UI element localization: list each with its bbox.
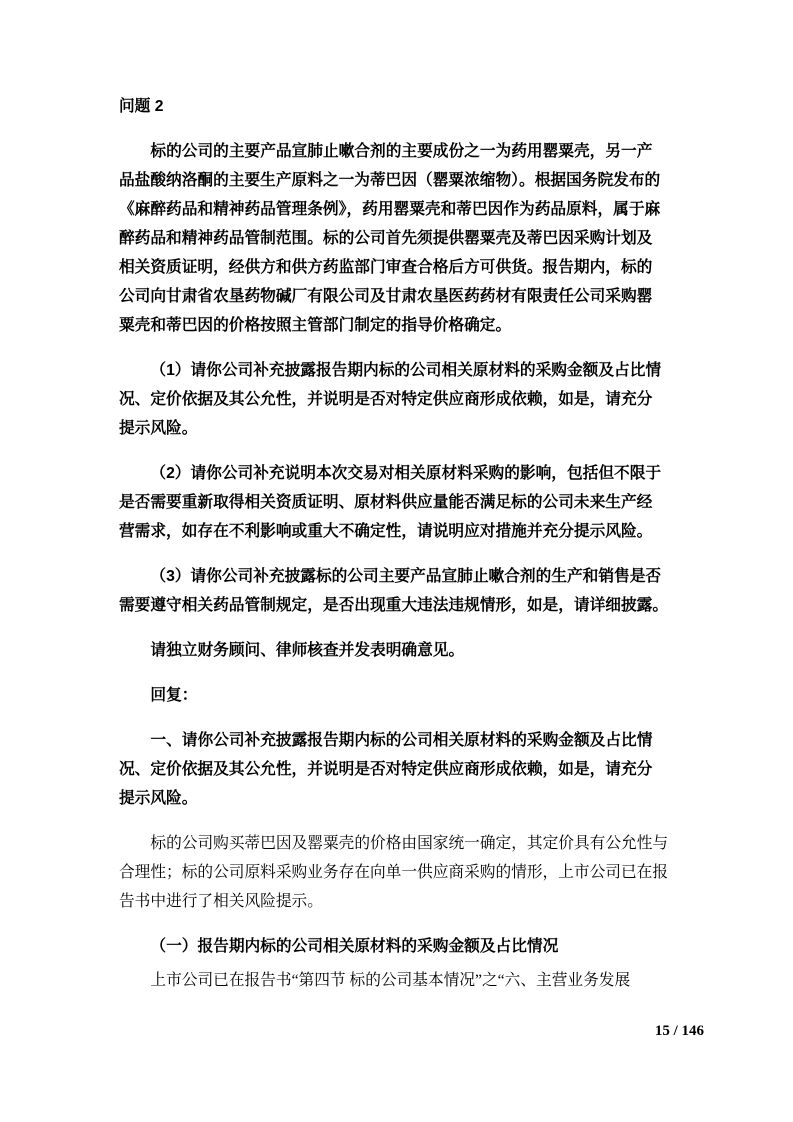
section-body-first-line: 上市公司已在报告书“第四节 标的公司基本情况”之“六、主营业务发展 (119, 966, 675, 995)
question-intro-paragraph: 标的公司的主要产品宣肺止嗽合剂的主要成份之一为药用罂粟壳，另一产 品盐酸纳洛酮的… (119, 137, 675, 340)
question-item-1: （1）请你公司补充披露报告期内标的公司相关原材料的采购金额及占比情 况、定价依据… (119, 356, 675, 443)
verification-request: 请独立财务顾问、律师核查并发表明确意见。 (119, 636, 675, 665)
document-page: 问题 2 标的公司的主要产品宣肺止嗽合剂的主要成份之一为药用罂粟壳，另一产 品盐… (0, 0, 793, 1122)
reply-restated-question: 一、请你公司补充披露报告期内标的公司相关原材料的采购金额及占比情 况、定价依据及… (119, 726, 675, 813)
reply-answer-summary: 标的公司购买蒂巴因及罂粟壳的价格由国家统一确定，其定价具有公允性与 合理性；标的… (119, 829, 675, 916)
question-item-2: （2）请你公司补充说明本次交易对相关原材料采购的影响，包括但不限于 是否需要重新… (119, 459, 675, 546)
page-number: 15 / 146 (655, 1021, 704, 1041)
document-body: 问题 2 标的公司的主要产品宣肺止嗽合剂的主要成份之一为药用罂粟壳，另一产 品盐… (119, 92, 675, 1011)
section-heading-1: （一）报告期内标的公司相关原材料的采购金额及占比情况 (119, 932, 675, 961)
question-item-3: （3）请你公司补充披露标的公司主要产品宣肺止嗽合剂的生产和销售是否 需要遵守相关… (119, 562, 675, 620)
reply-label: 回复： (119, 681, 675, 710)
question-heading: 问题 2 (119, 92, 675, 121)
